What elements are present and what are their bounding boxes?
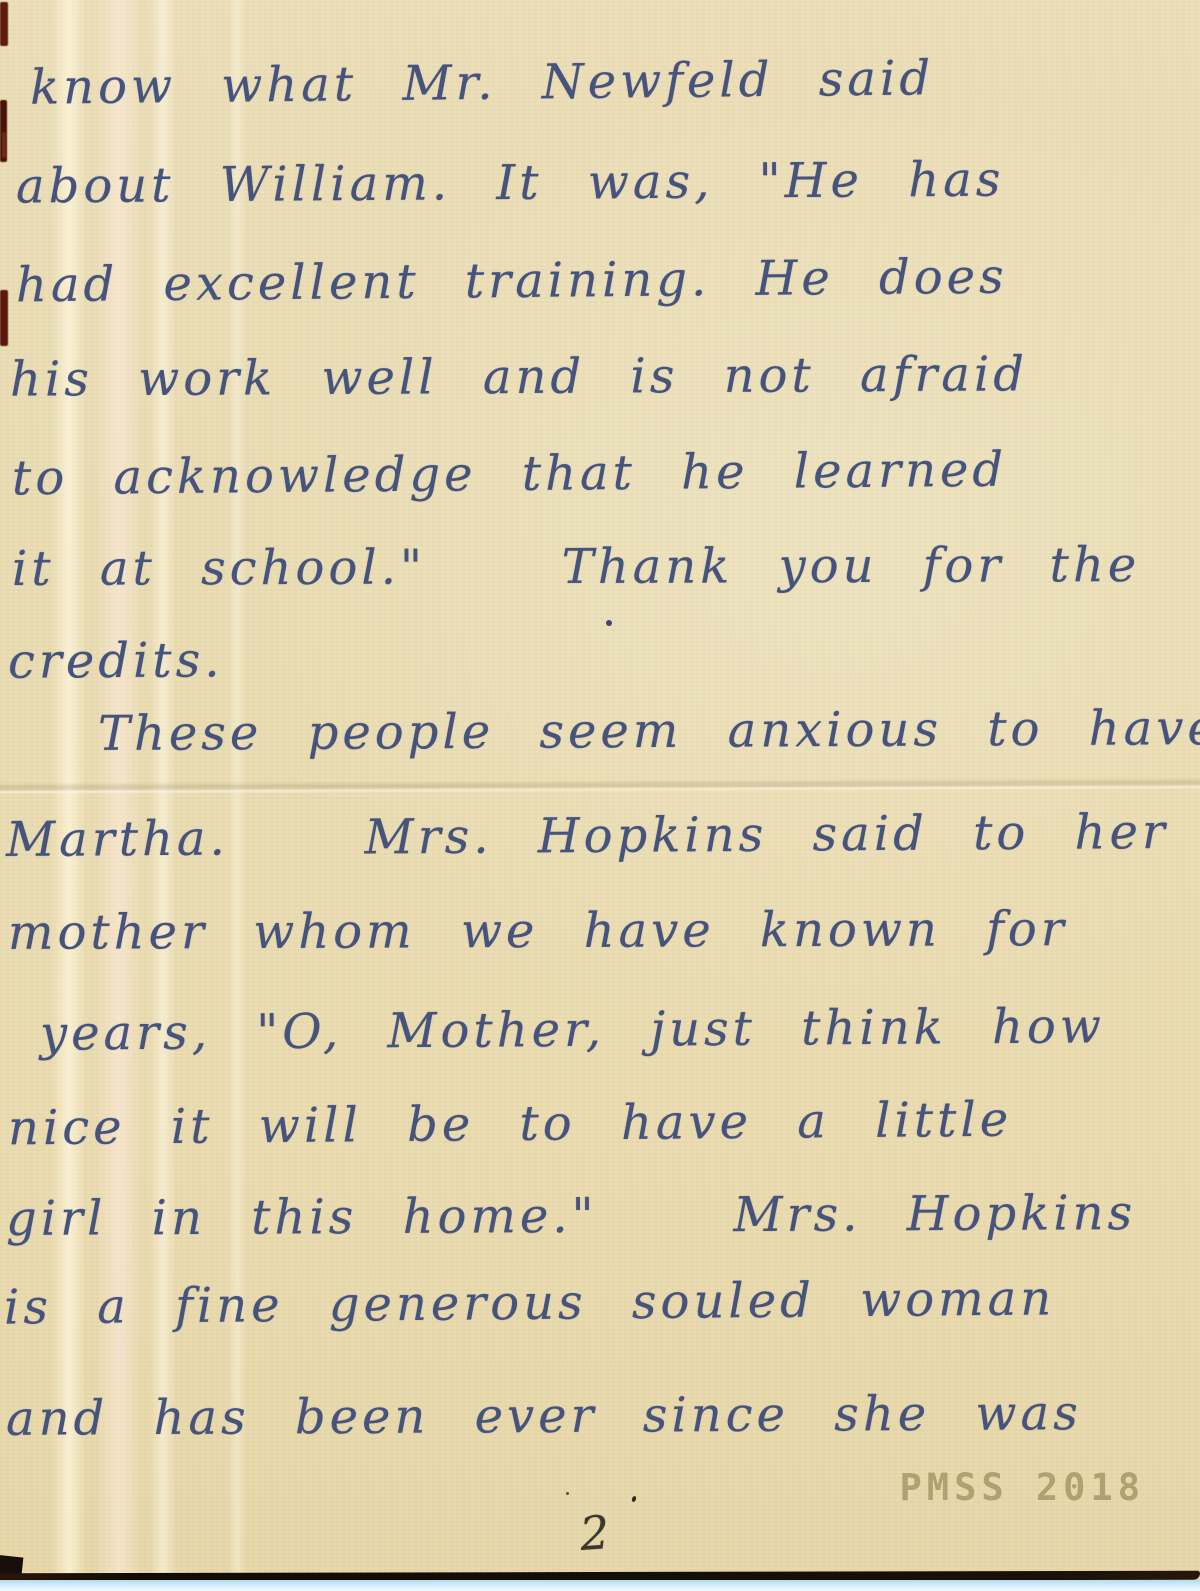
paper-streak <box>150 0 176 1591</box>
fold-crease <box>0 777 1200 794</box>
handwritten-line-12: nice it will be to have a little <box>8 1092 1013 1157</box>
handwritten-line-3: had excellent training. He does <box>16 249 1008 314</box>
handwritten-line-10: mother whom we have known for <box>8 901 1068 961</box>
handwritten-line-15: and has been ever since she was <box>6 1385 1082 1447</box>
handwritten-line-11: years, "O, Mother, just think how <box>40 998 1105 1061</box>
handwritten-line-6: it at school." Thank you for the <box>12 537 1140 597</box>
handwritten-line-2: about William. It was, "He has <box>16 152 1005 215</box>
paper-streak <box>52 0 86 1591</box>
handwritten-line-7: credits. <box>8 632 224 690</box>
page-number: 2 <box>578 1505 611 1561</box>
handwritten-line-4: his work well and is not afraid <box>10 346 1028 407</box>
handwritten-line-14: is a fine generous souled woman <box>4 1270 1056 1335</box>
paper-streak <box>96 0 142 1591</box>
handwritten-line-9: Martha. Mrs. Hopkins said to her <box>6 804 1169 868</box>
archive-watermark-stamp: PMSS 2018 <box>900 1466 1145 1509</box>
ink-speck <box>631 1495 637 1502</box>
scanner-background <box>0 1580 1200 1591</box>
ink-speck <box>566 1492 569 1495</box>
letter-page-scan: know what Mr. Newfeld said about William… <box>0 0 1200 1591</box>
scan-edge-artifact <box>0 2 8 46</box>
paper-streak <box>228 0 246 1591</box>
handwritten-line-8: These people seem anxious to have <box>98 700 1200 762</box>
ink-speck <box>606 620 612 626</box>
handwritten-line-5: to acknowledge that he learned <box>12 442 1008 507</box>
handwritten-line-1: know what Mr. Newfeld said <box>30 50 935 115</box>
scan-edge-artifact <box>0 290 8 346</box>
handwritten-line-13: girl in this home." Mrs. Hopkins <box>6 1185 1136 1247</box>
scan-edge-artifact <box>2 132 6 158</box>
